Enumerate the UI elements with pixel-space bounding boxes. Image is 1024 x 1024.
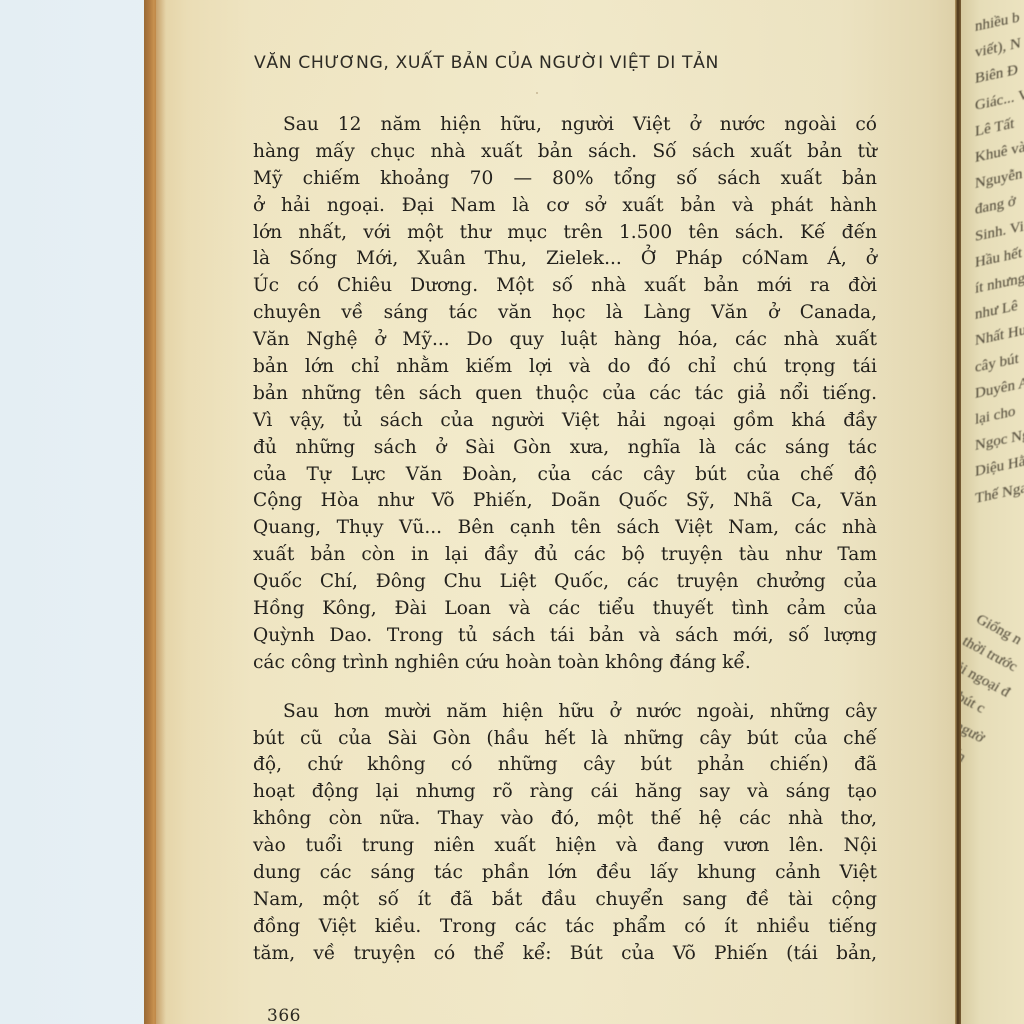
text-line: tăm, về truyện có thể kể: Bút của Võ Phi… [253,941,877,968]
page-shadow [156,0,166,1024]
text-line: vào tuổi trung niên xuất hiện và đang vư… [253,833,877,860]
facing-page-text-bottom: Giống n thời trước hải ngoại đ cây bút c… [961,607,1024,973]
text-line: Quỳnh Dao. Trong tủ sách tái bản và sách… [253,623,877,650]
text-line: Nam, một số ít đã bắt đầu chuyển sang đề… [253,887,877,914]
paragraph-1: Sau 12 năm hiện hữu, người Việt ở nước n… [253,112,877,677]
text-line: Úc có Chiêu Dương. Một số nhà xuất bản m… [253,273,877,300]
text-line: bản lớn chỉ nhằm kiếm lợi và do đó chỉ c… [253,354,877,381]
paper-spot [536,92,538,94]
paragraph-2: Sau hơn mười năm hiện hữu ở nước ngoài, … [253,699,877,968]
text-line: bút cũ của Sài Gòn (hầu hết là những cây… [253,726,877,753]
text-line: Sau 12 năm hiện hữu, người Việt ở nước n… [253,112,877,139]
text-line: lớn nhất, với một thư mục trên 1.500 tên… [253,220,877,247]
text-line: các công trình nghiên cứu hoàn toàn khôn… [253,650,877,677]
photo-scene: VĂN CHƯƠNG, XUẤT BẢN CỦA NGƯỜI VIỆT DI T… [0,0,1024,1024]
text-line: Quốc Chí, Đông Chu Liệt Quốc, các truyện… [253,569,877,596]
text-line: xuất bản còn in lại đầy đủ các bộ truyện… [253,542,877,569]
text-line: là Sống Mới, Xuân Thu, Zielek... Ở Pháp … [253,246,877,273]
text-line: Mỹ chiếm khoảng 70 — 80% tổng số sách xu… [253,166,877,193]
facing-page-text-top: nhiều b viết), N Biên Đ Giác... V Lê Tất… [975,0,1024,512]
body-text: Sau 12 năm hiện hữu, người Việt ở nước n… [253,112,877,968]
text-line: Sau hơn mười năm hiện hữu ở nước ngoài, … [253,699,877,726]
text-line: Văn Nghệ ở Mỹ... Do quy luật hàng hóa, c… [253,327,877,354]
text-line: Cộng Hòa như Võ Phiến, Doãn Quốc Sỹ, Nhã… [253,488,877,515]
text-line: Vì vậy, tủ sách của người Việt hải ngoại… [253,408,877,435]
text-line: của Tự Lực Văn Đoàn, của các cây bút của… [253,462,877,489]
text-line: đủ những sách ở Sài Gòn xưa, nghĩa là cá… [253,435,877,462]
text-line: chuyên về sáng tác văn học là Làng Văn ở… [253,300,877,327]
book-page-right: nhiều b viết), N Biên Đ Giác... V Lê Tất… [961,0,1024,1024]
text-line: không còn nữa. Thay vào đó, một thế hệ c… [253,806,877,833]
text-line: Hồng Kông, Đài Loan và các tiểu thuyết t… [253,596,877,623]
text-line: đồng Việt kiều. Trong các tác phẩm có ít… [253,914,877,941]
text-line: dung các sáng tác phần lớn đều lấy khung… [253,860,877,887]
text-line: độ, chứ không có những cây bút phản chiế… [253,752,877,779]
text-line: hàng mấy chục nhà xuất bản sách. Số sách… [253,139,877,166]
text-line: bản những tên sách quen thuộc của các tá… [253,381,877,408]
text-line: Quang, Thụy Vũ... Bên cạnh tên sách Việt… [253,515,877,542]
page-number: 366 [267,1006,301,1024]
running-head: VĂN CHƯƠNG, XUẤT BẢN CỦA NGƯỜI VIỆT DI T… [254,53,874,73]
text-line: ở hải ngoại. Đại Nam là cơ sở xuất bản v… [253,193,877,220]
text-line: hoạt động lại nhưng rõ ràng cái hăng say… [253,779,877,806]
